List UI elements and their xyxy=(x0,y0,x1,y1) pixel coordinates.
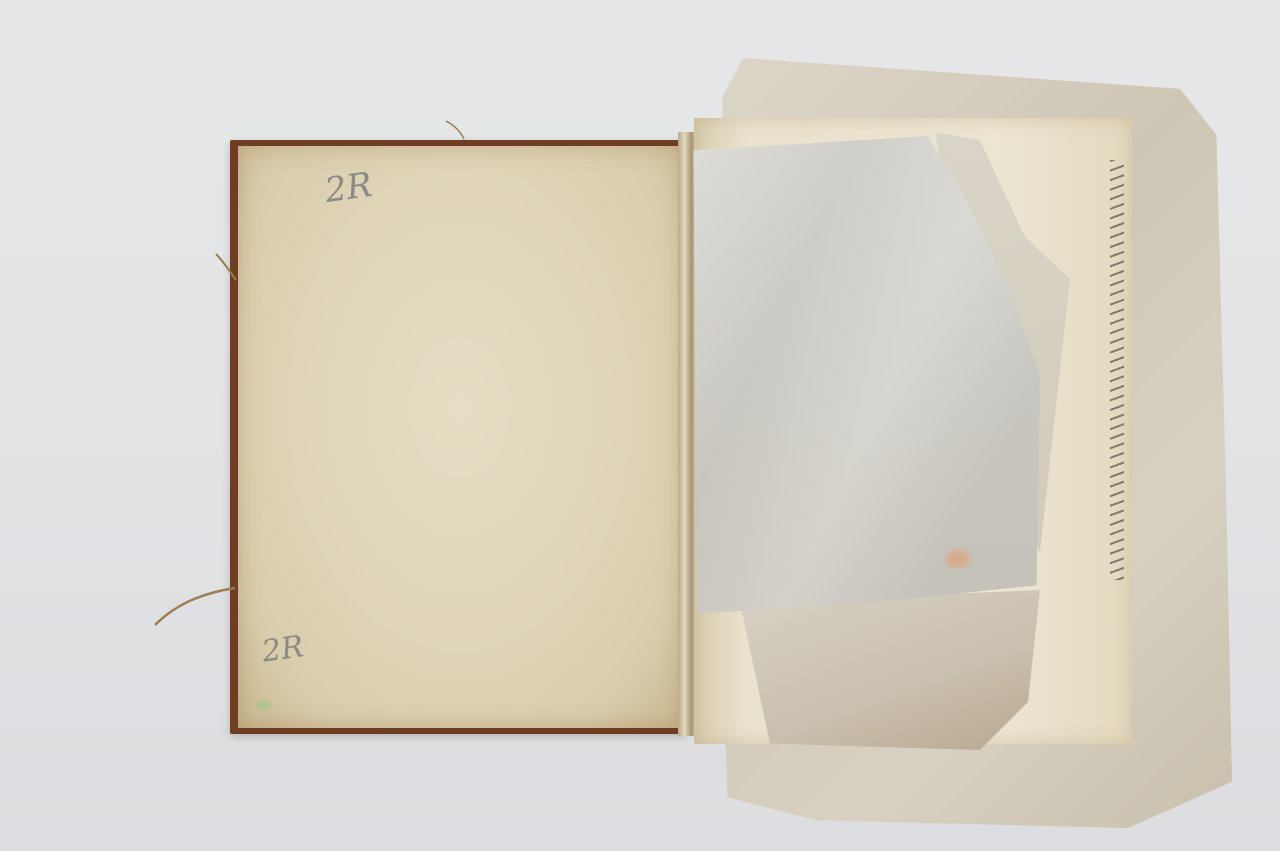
loose-thread-icon xyxy=(150,580,240,630)
photo-scene: 2R 2R xyxy=(0,0,1280,851)
pencil-note-bottom: 2R xyxy=(260,629,306,669)
loose-thread-head-icon xyxy=(440,115,470,145)
orange-stain xyxy=(946,550,970,568)
tissue-sheet-middle xyxy=(740,590,1040,750)
pencil-note-top: 2R xyxy=(322,165,374,211)
left-endpaper xyxy=(238,146,682,728)
green-stain xyxy=(256,700,272,710)
loose-thread-top-icon xyxy=(210,250,240,290)
hatched-edge-marks xyxy=(1110,160,1124,580)
